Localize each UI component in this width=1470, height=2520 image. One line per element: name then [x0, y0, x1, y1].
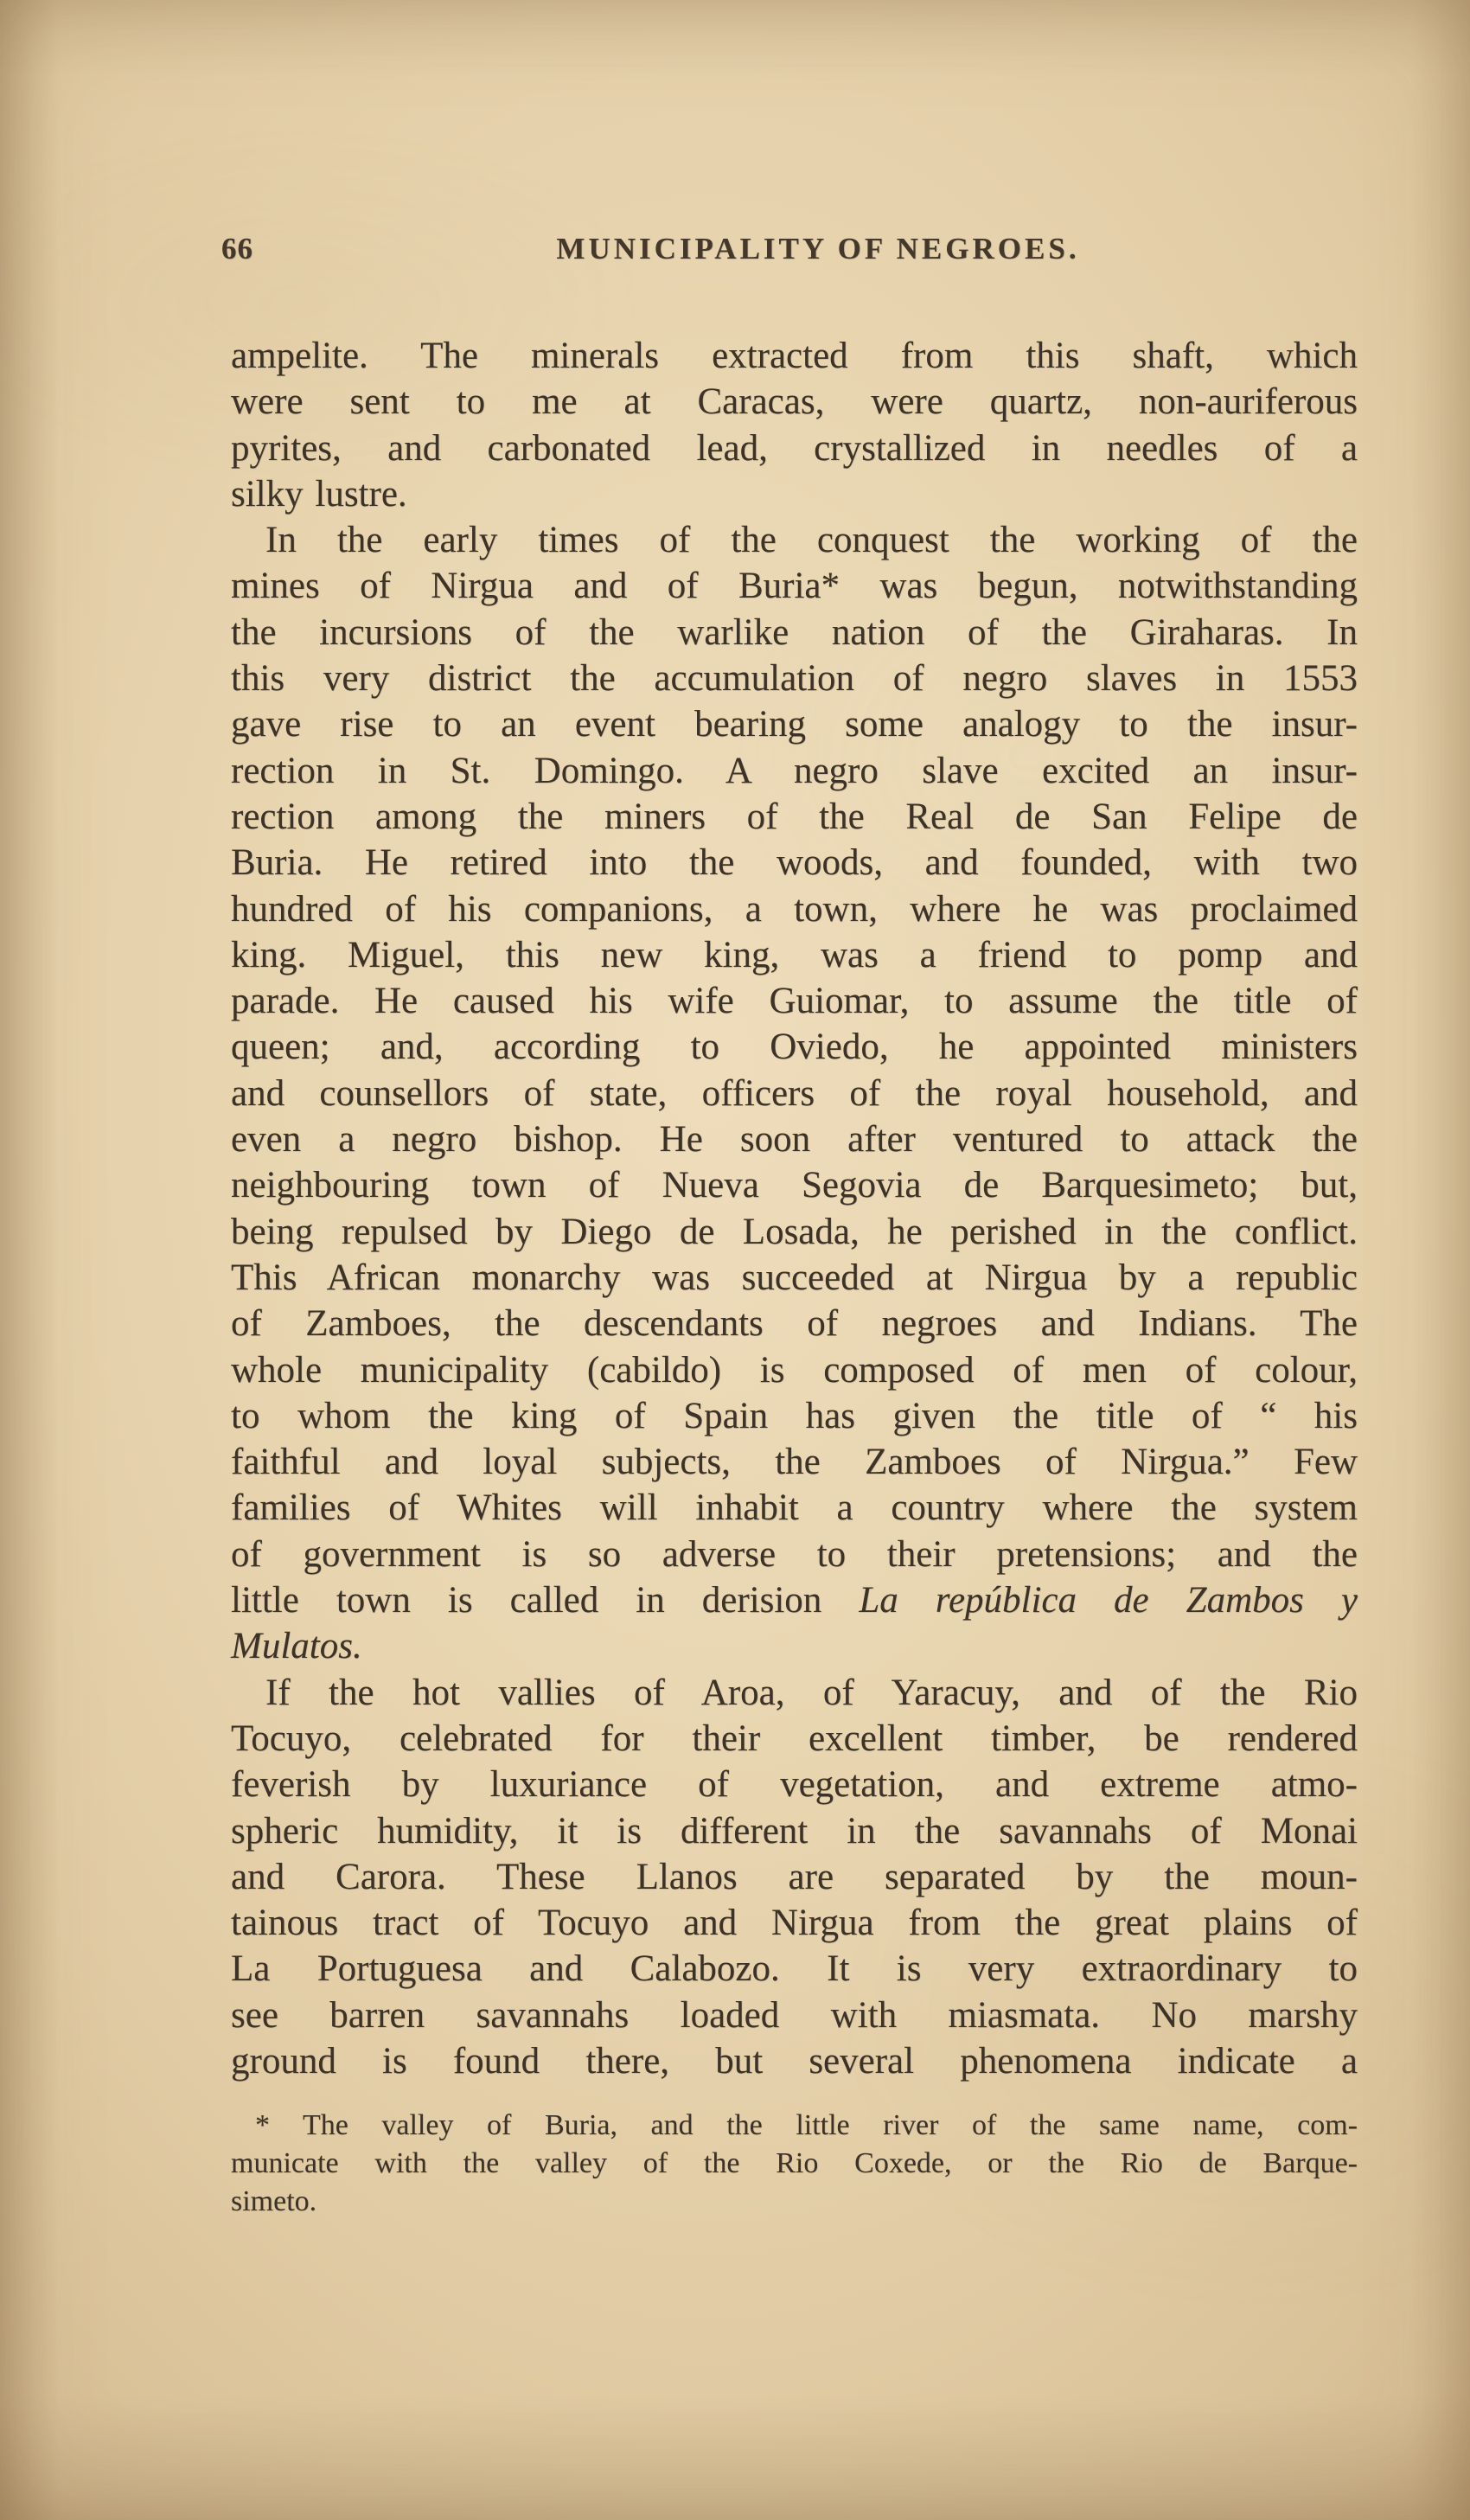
- text-run: this very district the accumulation of n…: [231, 658, 1358, 699]
- text-run: Buria. He retired into the woods, and fo…: [231, 842, 1358, 883]
- text-line: parade. He caused his wife Guiomar, to a…: [231, 978, 1358, 1024]
- text-run: If the hot vallies of Aroa, of Yaracuy, …: [265, 1673, 1358, 1713]
- text-line: faithful and loyal subjects, the Zamboes…: [231, 1439, 1358, 1485]
- text-run: queen; and, according to Oviedo, he appo…: [231, 1027, 1358, 1067]
- text-run: parade. He caused his wife Guiomar, to a…: [231, 981, 1358, 1021]
- text-run: faithful and loyal subjects, the Zamboes…: [231, 1442, 1358, 1482]
- text-run: to whom the king of Spain has given the …: [231, 1396, 1358, 1436]
- text-run: silky lustre.: [231, 474, 407, 515]
- text-line: La Portuguesa and Calabozo. It is very e…: [231, 1946, 1358, 1992]
- text-line: and counsellors of state, officers of th…: [231, 1071, 1358, 1116]
- text-run: rection among the miners of the Real de …: [231, 796, 1358, 837]
- text-run: municate with the valley of the Rio Coxe…: [231, 2147, 1358, 2179]
- text-line: hundred of his companions, a town, where…: [231, 886, 1358, 932]
- text-run: little town is called in derision: [231, 1580, 859, 1621]
- text-run: feverish by luxuriance of vegetation, an…: [231, 1764, 1358, 1805]
- book-page-scan: 66 MUNICIPALITY OF NEGROES. ampelite. Th…: [0, 0, 1470, 2520]
- text-run: the incursions of the warlike nation of …: [231, 612, 1358, 653]
- text-line: municate with the valley of the Rio Coxe…: [231, 2145, 1358, 2183]
- text-line: Buria. He retired into the woods, and fo…: [231, 840, 1358, 886]
- text-run: simeto.: [231, 2185, 316, 2217]
- text-line: neighbouring town of Nueva Segovia de Ba…: [231, 1162, 1358, 1208]
- text-line: silky lustre.: [231, 471, 1358, 517]
- text-run: ampelite. The minerals extracted from th…: [231, 336, 1358, 376]
- text-line: of government is so adverse to their pre…: [231, 1532, 1358, 1577]
- text-line: queen; and, according to Oviedo, he appo…: [231, 1024, 1358, 1070]
- text-run: gave rise to an event bearing some analo…: [231, 704, 1358, 745]
- text-line: and Carora. These Llanos are separated b…: [231, 1854, 1358, 1900]
- text-line: even a negro bishop. He soon after ventu…: [231, 1116, 1358, 1162]
- text-run: being repulsed by Diego de Losada, he pe…: [231, 1212, 1358, 1252]
- text-line: If the hot vallies of Aroa, of Yaracuy, …: [231, 1670, 1358, 1716]
- text-run: pyrites, and carbonated lead, crystalliz…: [231, 428, 1358, 469]
- text-run: La Portuguesa and Calabozo. It is very e…: [231, 1948, 1358, 1989]
- text-run: Tocuyo, celebrated for their excellent t…: [231, 1718, 1358, 1759]
- text-line: Mulatos.: [231, 1623, 1358, 1669]
- text-run: were sent to me at Caracas, were quartz,…: [231, 381, 1358, 422]
- text-line: families of Whites will inhabit a countr…: [231, 1485, 1358, 1531]
- text-line: to whom the king of Spain has given the …: [231, 1393, 1358, 1439]
- text-line: ground is found there, but several pheno…: [231, 2038, 1358, 2084]
- text-run: of government is so adverse to their pre…: [231, 1534, 1358, 1575]
- italic-phrase: La república de Zambos y: [859, 1580, 1358, 1621]
- text-line: In the early times of the conquest the w…: [231, 517, 1358, 563]
- body-text: ampelite. The minerals extracted from th…: [231, 333, 1358, 2084]
- text-line: ampelite. The minerals extracted from th…: [231, 333, 1358, 379]
- text-line: spheric humidity, it is different in the…: [231, 1808, 1358, 1854]
- text-line: feverish by luxuriance of vegetation, an…: [231, 1762, 1358, 1807]
- text-line: Tocuyo, celebrated for their excellent t…: [231, 1716, 1358, 1762]
- text-run: see barren savannahs loaded with miasmat…: [231, 1995, 1358, 2036]
- text-line: see barren savannahs loaded with miasmat…: [231, 1992, 1358, 2038]
- text-run: * The valley of Buria, and the little ri…: [255, 2109, 1358, 2141]
- text-line: whole municipality (cabildo) is composed…: [231, 1347, 1358, 1393]
- text-line: simeto.: [231, 2183, 1358, 2221]
- text-run: king. Miguel, this new king, was a frien…: [231, 935, 1358, 975]
- text-line: this very district the accumulation of n…: [231, 656, 1358, 701]
- text-line: rection among the miners of the Real de …: [231, 794, 1358, 840]
- italic-phrase: Mulatos.: [231, 1626, 362, 1666]
- text-line: being repulsed by Diego de Losada, he pe…: [231, 1209, 1358, 1255]
- text-run: hundred of his companions, a town, where…: [231, 889, 1358, 930]
- text-line: mines of Nirgua and of Buria* was begun,…: [231, 563, 1358, 609]
- text-run: This African monarchy was succeeded at N…: [231, 1257, 1358, 1298]
- text-run: and counsellors of state, officers of th…: [231, 1073, 1358, 1114]
- text-line: little town is called in derision La rep…: [231, 1577, 1358, 1623]
- text-run: families of Whites will inhabit a countr…: [231, 1487, 1358, 1528]
- text-line: king. Miguel, this new king, was a frien…: [231, 932, 1358, 978]
- text-run: neighbouring town of Nueva Segovia de Ba…: [231, 1165, 1358, 1206]
- text-run: mines of Nirgua and of Buria* was begun,…: [231, 566, 1358, 606]
- text-line: the incursions of the warlike nation of …: [231, 610, 1358, 656]
- text-line: * The valley of Buria, and the little ri…: [231, 2107, 1358, 2145]
- text-line: rection in St. Domingo. A negro slave ex…: [231, 748, 1358, 794]
- text-line: pyrites, and carbonated lead, crystalliz…: [231, 425, 1358, 471]
- text-run: even a negro bishop. He soon after ventu…: [231, 1119, 1358, 1160]
- text-line: This African monarchy was succeeded at N…: [231, 1255, 1358, 1301]
- text-run: spheric humidity, it is different in the…: [231, 1811, 1358, 1852]
- text-line: tainous tract of Tocuyo and Nirgua from …: [231, 1900, 1358, 1946]
- text-run: whole municipality (cabildo) is composed…: [231, 1350, 1358, 1391]
- footnote: * The valley of Buria, and the little ri…: [231, 2107, 1358, 2221]
- text-run: rection in St. Domingo. A negro slave ex…: [231, 751, 1358, 791]
- text-line: gave rise to an event bearing some analo…: [231, 701, 1358, 747]
- text-run: of Zamboes, the descendants of negroes a…: [231, 1303, 1358, 1344]
- running-header: MUNICIPALITY OF NEGROES.: [231, 232, 1358, 266]
- text-run: tainous tract of Tocuyo and Nirgua from …: [231, 1903, 1358, 1943]
- text-line: were sent to me at Caracas, were quartz,…: [231, 379, 1358, 425]
- text-run: and Carora. These Llanos are separated b…: [231, 1857, 1358, 1897]
- text-line: of Zamboes, the descendants of negroes a…: [231, 1301, 1358, 1346]
- text-run: ground is found there, but several pheno…: [231, 2041, 1358, 2082]
- text-run: In the early times of the conquest the w…: [265, 520, 1358, 560]
